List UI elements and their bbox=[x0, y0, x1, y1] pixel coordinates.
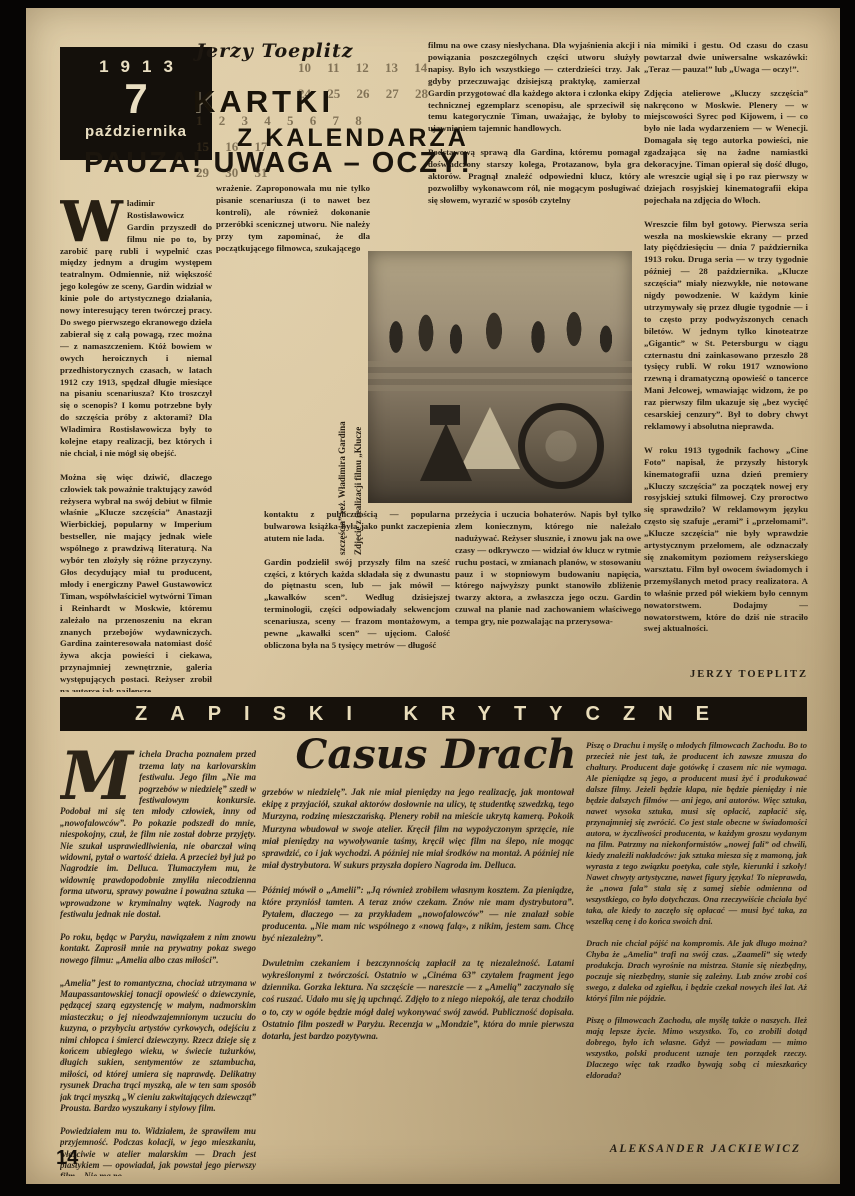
series-title-line1: KARTKI bbox=[193, 84, 334, 120]
top-article-column-2: wrażenie. Zaproponowała mu nie tylko pis… bbox=[216, 183, 370, 263]
magazine-page-scan: 1913 7 października Jerzy Toeplitz 10 11… bbox=[0, 0, 855, 1196]
production-photo bbox=[368, 251, 632, 503]
photo-steps bbox=[368, 361, 632, 391]
bottom-article-title: Casus Drach bbox=[290, 731, 582, 778]
calendar-year: 1913 bbox=[60, 57, 212, 77]
film-camera bbox=[430, 405, 460, 425]
wagon-wheel bbox=[518, 403, 604, 489]
top-article-column-4: nia mimiki i gestu. Od czasu do czasu po… bbox=[644, 40, 808, 668]
top-article-column-1: Władimir Rostisławowicz Gardin przyszedł… bbox=[60, 186, 212, 692]
bottom-article-column-3: Piszę o Drachu i myślę o młodych filmowc… bbox=[586, 740, 807, 1138]
top-article-author-signature: JERZY TOEPLITZ bbox=[644, 669, 808, 680]
calendar-date-box: 1913 7 października bbox=[60, 47, 212, 160]
section-banner: ZAPISKI KRYTYCZNE bbox=[60, 697, 807, 731]
top-article-column-1-text: ładimir Rostisławowicz Gardin przyszedł … bbox=[60, 198, 212, 692]
bottom-article-column-2: grzebów w niedzielę”. Jak nie miał pieni… bbox=[262, 786, 574, 1176]
calendar-month: października bbox=[60, 123, 212, 140]
top-article-below-photo-right: przeżycia i uczucia bohaterów. Napis był… bbox=[455, 509, 641, 693]
camera-tripod bbox=[420, 423, 472, 481]
drop-cap-w: W bbox=[60, 198, 127, 244]
photo-caption: Zdjęcie z realizacji filmu „Klucze szczę… bbox=[330, 253, 366, 555]
drop-cap-m: M bbox=[60, 749, 139, 803]
bottom-article-column-1: Michela Dracha poznałem przed trzema lat… bbox=[60, 738, 256, 1176]
bottom-article-column-1-text: ichela Dracha poznałem przed trzema laty… bbox=[60, 749, 256, 1176]
article-headline: PAUZA! UWAGA – OCZY! bbox=[84, 147, 472, 180]
bottom-article-author-signature: ALEKSANDER JACKIEWICZ bbox=[586, 1143, 801, 1155]
page-number: 14 bbox=[56, 1147, 78, 1170]
calendar-day: 7 bbox=[60, 79, 212, 119]
